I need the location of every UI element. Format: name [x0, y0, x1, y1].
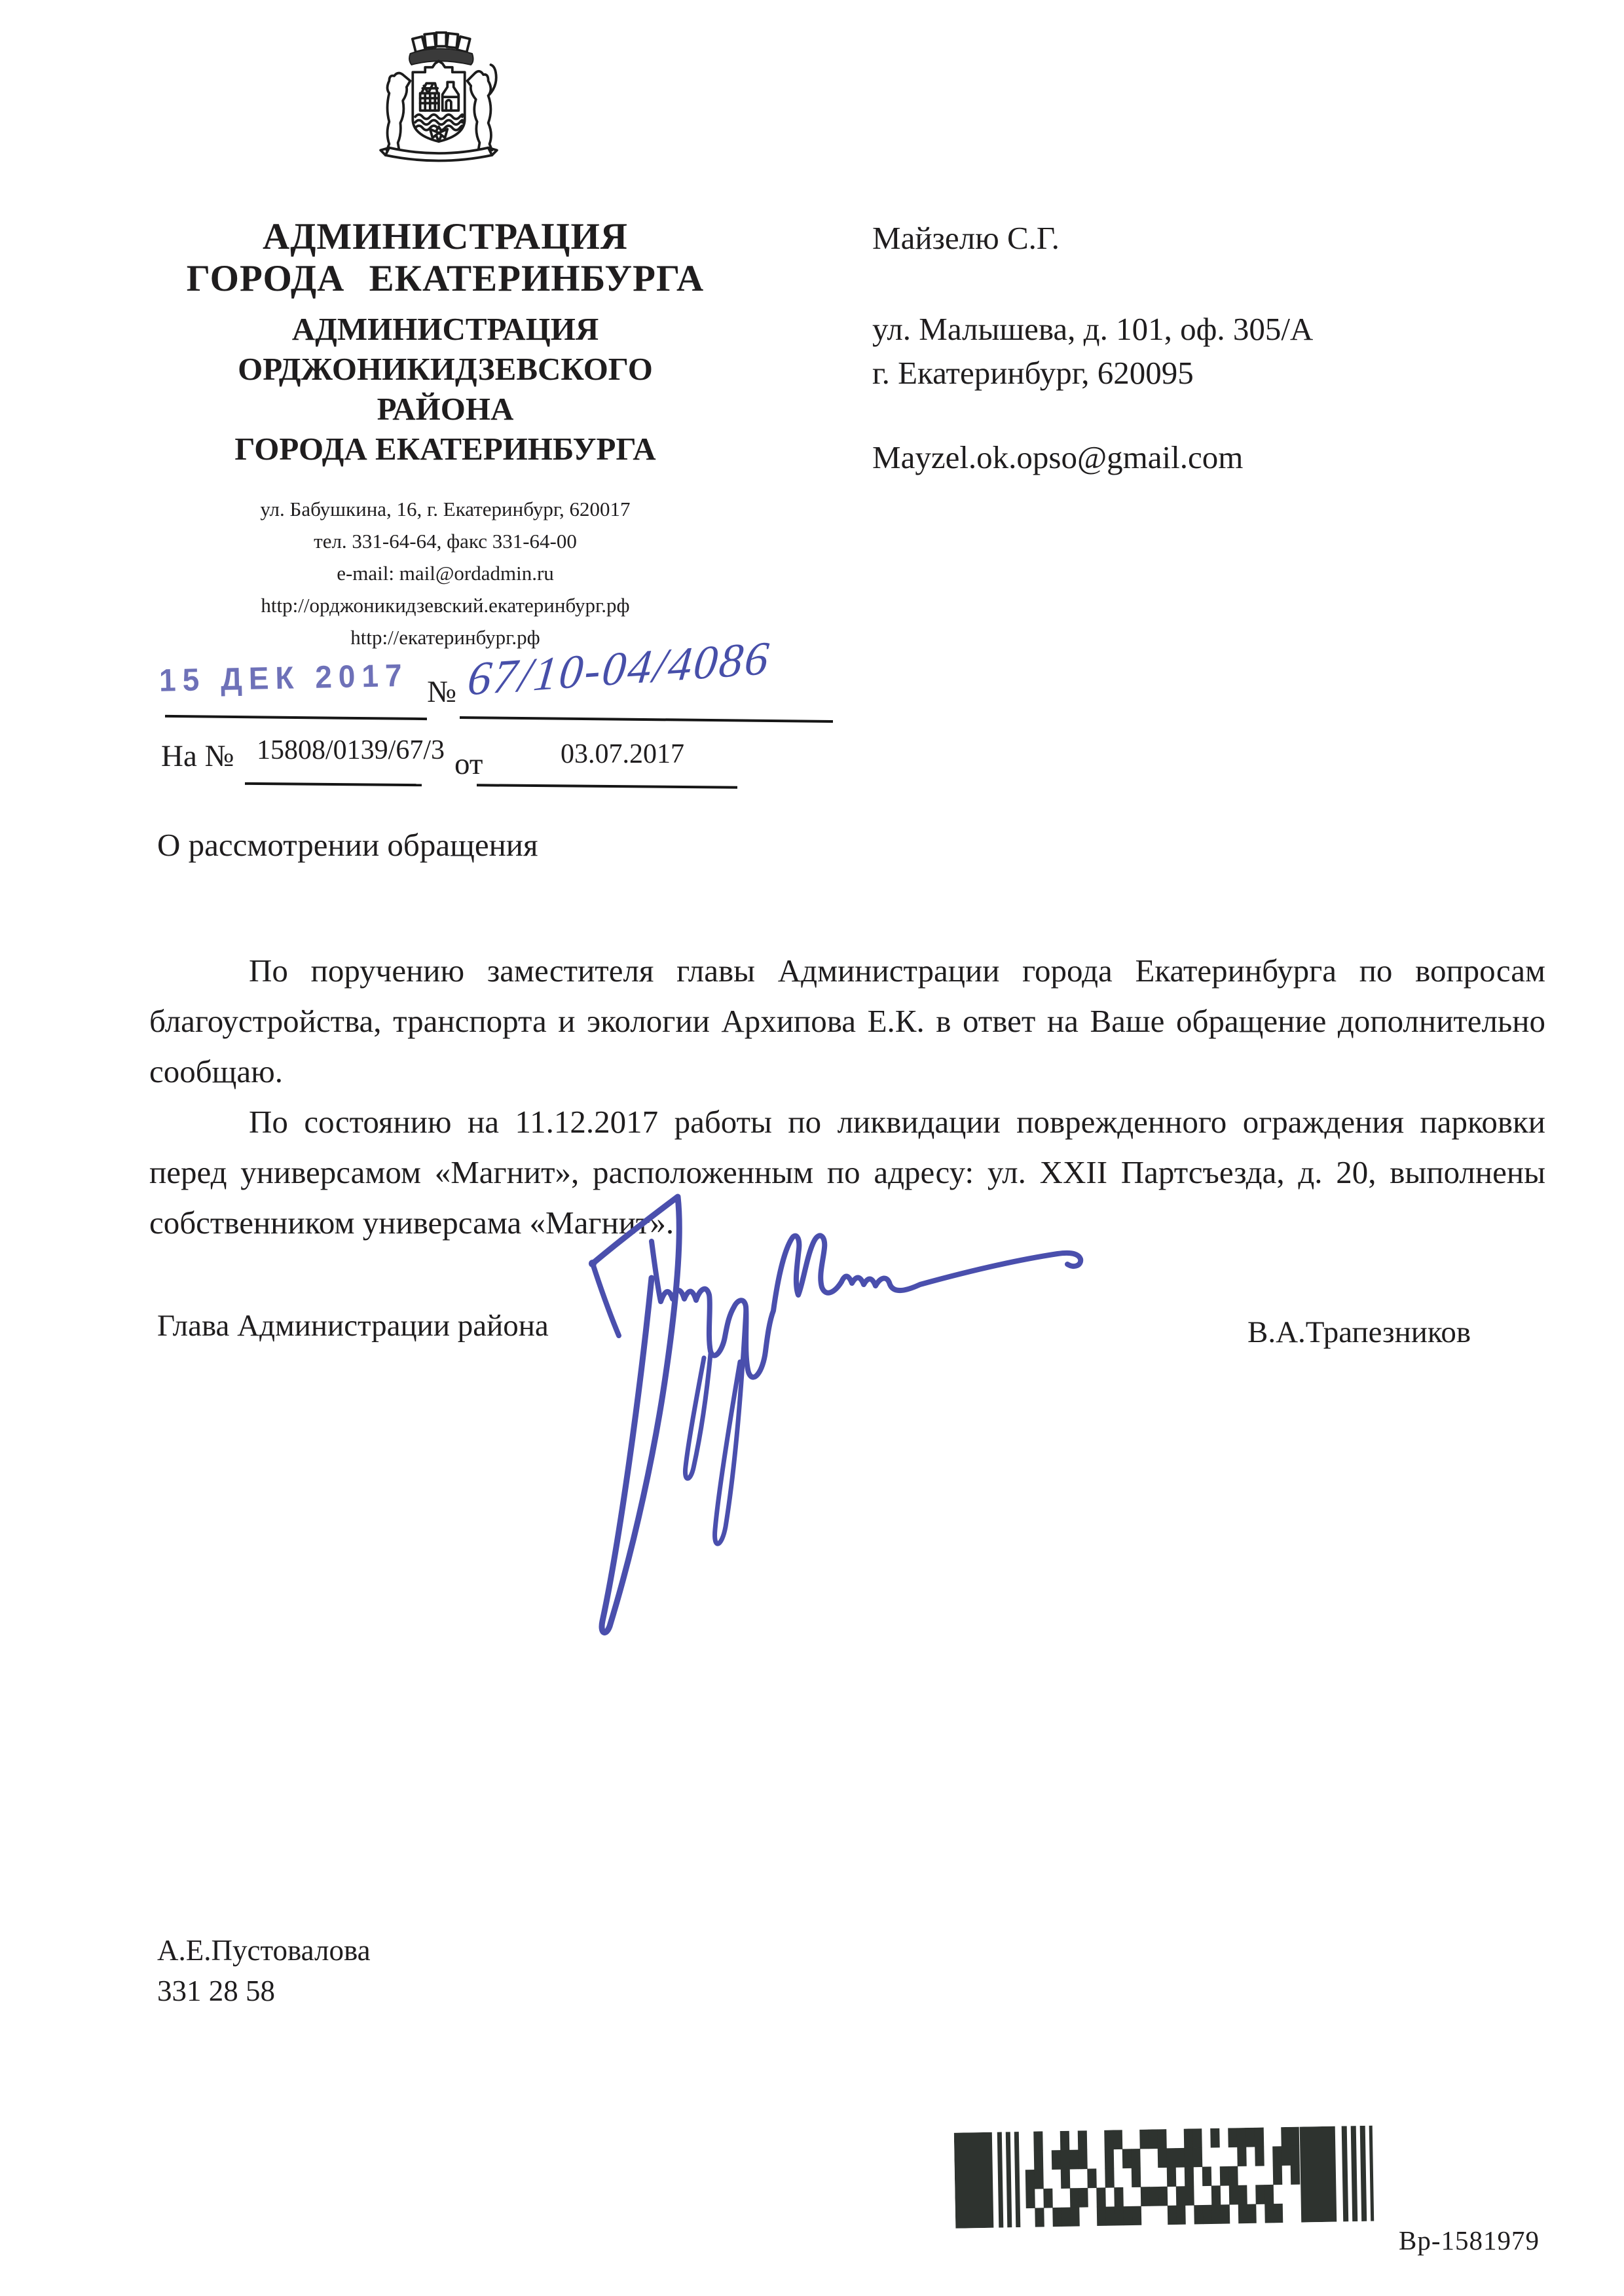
executor-block: А.Е.Пустовалова 331 28 58 [157, 1930, 371, 2011]
in-reply-number: 15808/0139/67/3 [257, 735, 445, 766]
executor-name: А.Е.Пустовалова [157, 1930, 371, 1971]
barcode-number: Вр-1581979 [1399, 2225, 1540, 2256]
ribbon-base-icon [386, 148, 492, 161]
outgoing-number-label: № [427, 674, 456, 710]
addressee-email: Mayzel.ok.opso@gmail.com [872, 435, 1527, 479]
mine-frame-icon [420, 83, 439, 111]
signer-name: В.А.Трапезников [1247, 1315, 1471, 1350]
ruled-line [477, 784, 737, 788]
document-barcode [954, 2125, 1389, 2229]
in-reply-label: На № [161, 738, 234, 774]
addressee-block: Майзелю С.Г. ул. Малышева, д. 101, оф. 3… [872, 216, 1527, 479]
date-stamp: 15 ДЕК 2017 [158, 657, 409, 699]
ruled-line [165, 715, 427, 720]
from-date-value: 03.07.2017 [561, 738, 684, 770]
contact-phone-fax: тел. 331-64-64, факс 331-64-00 [154, 525, 737, 557]
ruled-line [245, 782, 422, 786]
contact-email: e-mail: mail@ordadmin.ru [154, 557, 737, 589]
org-sub-line: РАЙОНА [154, 389, 737, 429]
handwritten-signature [585, 1186, 1096, 1651]
sable-supporter-icon [467, 71, 492, 151]
letterhead-org-block: АДМИНИСТРАЦИЯ ГОРОДА ЕКАТЕРИНБУРГА АДМИН… [154, 216, 737, 653]
org-name-line: ГОРОДА ЕКАТЕРИНБУРГА [154, 258, 737, 300]
org-sub-line: ОРДЖОНИКИДЗЕВСКОГО [154, 349, 737, 389]
org-subdivision-block: АДМИНИСТРАЦИЯ ОРДЖОНИКИДЗЕВСКОГО РАЙОНА … [154, 309, 737, 469]
executor-phone: 331 28 58 [157, 1971, 371, 2011]
subject-line: О рассмотрении обращения [157, 826, 538, 864]
crown-icon [409, 33, 473, 65]
contact-address: ул. Бабушкина, 16, г. Екатеринбург, 6200… [154, 493, 737, 525]
scanned-letter-page: АДМИНИСТРАЦИЯ ГОРОДА ЕКАТЕРИНБУРГА АДМИН… [0, 0, 1624, 2296]
addressee-address-line2: г. Екатеринбург, 620095 [872, 351, 1527, 395]
ruled-line [460, 716, 833, 723]
addressee-address-line1: ул. Малышева, д. 101, оф. 305/А [872, 307, 1527, 351]
bear-supporter-icon [387, 73, 411, 151]
yekaterinburg-coat-of-arms-icon [371, 29, 507, 168]
addressee-name: Майзелю С.Г. [872, 216, 1527, 260]
org-sub-line: ГОРОДА ЕКАТЕРИНБУРГА [154, 429, 737, 469]
body-paragraph-1: По поручению заместителя главы Администр… [149, 945, 1545, 1097]
letterhead-contacts: ул. Бабушкина, 16, г. Екатеринбург, 6200… [154, 493, 737, 653]
from-date-label: от [454, 746, 483, 782]
org-name-line: АДМИНИСТРАЦИЯ [154, 216, 737, 258]
contact-site-district: http://орджоникидзевский.екатеринбург.рф [154, 589, 737, 621]
signer-title: Глава Администрации района [157, 1308, 549, 1343]
org-sub-line: АДМИНИСТРАЦИЯ [154, 309, 737, 349]
